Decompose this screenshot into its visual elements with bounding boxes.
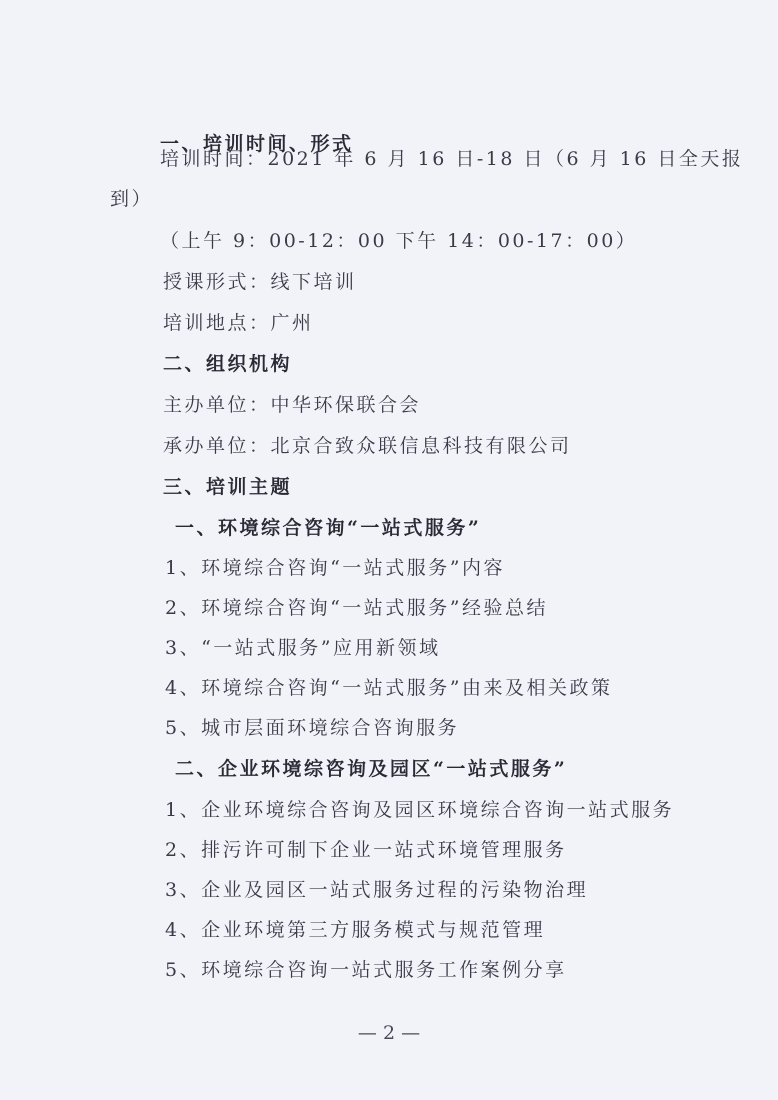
- topic2-heading: 二、企业环境综咨询及园区“一站式服务”: [175, 757, 567, 781]
- topic1-item: 5、城市层面环境综合咨询服务: [165, 716, 459, 740]
- topic1-item: 1、环境综合咨询“一站式服务”内容: [165, 556, 505, 580]
- host-unit: 主办单位：中华环保联合会: [163, 393, 421, 417]
- training-location: 培训地点：广州: [163, 311, 314, 335]
- document-page: 一、培训时间、形式 培训时间：2021 年 6 月 16 日-18 日（6 月 …: [0, 0, 778, 1100]
- training-hours: （上午 9：00-12：00 下午 14：00-17：00）: [160, 229, 637, 253]
- training-format: 授课形式：线下培训: [163, 270, 357, 294]
- topic1-item: 3、“一站式服务”应用新领域: [165, 636, 441, 660]
- training-time-continuation: 到）: [110, 187, 153, 211]
- section-heading-organization: 二、组织机构: [163, 352, 292, 376]
- topic1-item: 2、环境综合咨询“一站式服务”经验总结: [165, 596, 548, 620]
- topic1-heading: 一、环境综合咨询“一站式服务”: [175, 516, 481, 540]
- topic1-item: 4、环境综合咨询“一站式服务”由来及相关政策: [165, 676, 613, 700]
- section-heading-topics: 三、培训主题: [163, 475, 292, 499]
- training-time-line: 培训时间：2021 年 6 月 16 日-18 日（6 月 16 日全天报: [160, 147, 743, 171]
- topic2-item: 4、企业环境第三方服务模式与规范管理: [165, 918, 545, 942]
- topic2-item: 3、企业及园区一站式服务过程的污染物治理: [165, 878, 588, 902]
- organizer-unit: 承办单位：北京合致众联信息科技有限公司: [163, 434, 572, 458]
- topic2-item: 1、企业环境综合咨询及园区环境综合咨询一站式服务: [165, 798, 674, 822]
- topic2-item: 2、排污许可制下企业一站式环境管理服务: [165, 838, 567, 862]
- topic2-item: 5、环境综合咨询一站式服务工作案例分享: [165, 958, 567, 982]
- page-number: — 2 —: [0, 1022, 778, 1044]
